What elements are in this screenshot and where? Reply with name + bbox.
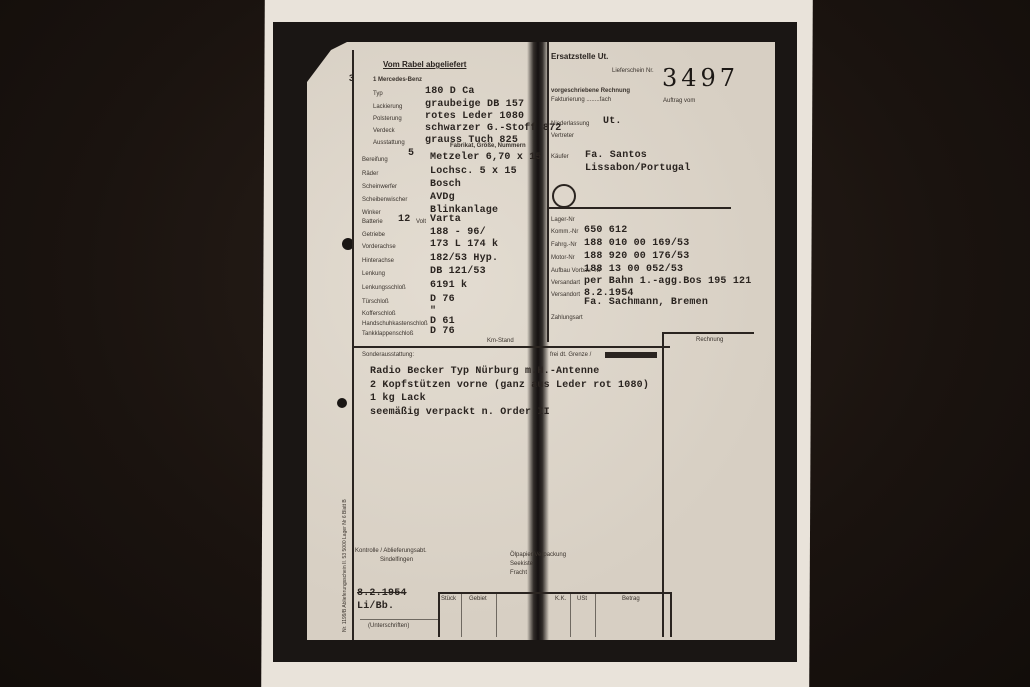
table-col [461, 594, 462, 637]
table-right [670, 592, 672, 637]
model-line: 1 Mercedes-Benz [373, 77, 422, 83]
field-label: Lackierung [373, 104, 402, 110]
field-value: AVDg [430, 192, 455, 203]
table-col [570, 594, 571, 637]
packaging-1: Ölpapier/Verpackung [510, 552, 566, 558]
field-label: Fahrg.-Nr [551, 242, 577, 248]
kaeufer-label: Käufer [551, 154, 569, 160]
field-label: Typ [373, 91, 383, 97]
km-stand: Km-Stand [487, 338, 514, 344]
col-stueck: Stück [441, 596, 456, 602]
fakturierung-label: Fakturierung ........fach [551, 97, 611, 103]
field-label: Zahlungsart [551, 315, 583, 321]
field-value: rotes Leder 1080 [425, 111, 524, 122]
field-label: Winker [362, 210, 381, 216]
field-value: Metzeler 6,70 x 15 [430, 152, 542, 163]
field-value: schwarzer G.-Stoff 872 [425, 123, 561, 134]
sonder-line: seemäßig verpackt n. Order II [370, 407, 550, 418]
right-heading: Ersatzstelle Ut. [551, 52, 608, 61]
field-label: Türschloß [362, 299, 389, 305]
field-label: Verdeck [373, 128, 395, 134]
tyre-header: Fabrikat, Größe, Nummern [450, 143, 526, 149]
field-value: DB 121/53 [430, 266, 486, 277]
field-label: Ausstattung [373, 140, 405, 146]
lieferschein-number: 3497 [662, 64, 739, 92]
field-label: Scheinwerfer [362, 184, 397, 190]
rechnung-top [662, 332, 754, 334]
packaging-3: Fracht [510, 570, 527, 576]
field-label: Lenkungsschloß [362, 285, 406, 291]
niederlassung-value: Ut. [603, 116, 622, 127]
field-value: 188 13 00 052/53 [584, 264, 683, 275]
field-value: Bosch [430, 179, 461, 190]
vertical-form-note: Nr. 1199/B Ablieferungsschein II. 53 500… [342, 499, 348, 632]
field-value: Fa. Sachmann, Bremen [584, 297, 708, 308]
rechnung-box-label: Rechnung [696, 337, 723, 343]
field-label: Polsterung [373, 116, 402, 122]
field-value: 188 010 00 169/53 [584, 238, 689, 249]
sonder-line: Radio Becker Typ Nürburg m.H.-Antenne [370, 366, 599, 377]
kontrolle-label: Kontrolle / Ablieferungsabt. [355, 548, 427, 554]
field-value: graubeige DB 157 [425, 99, 524, 110]
auftrag-label: Auftrag vom [663, 98, 695, 104]
field-value: 182/53 Hyp. [430, 253, 498, 264]
footer-date: 8.2.1954 [357, 588, 407, 599]
sonder-label: Sonderausstattung: [362, 352, 414, 358]
field-value: 188 920 00 176/53 [584, 251, 689, 262]
field-label: Getriebe [362, 232, 385, 238]
punch-hole [337, 398, 347, 408]
col-gebiet: Gebiet [469, 596, 487, 602]
field-value: 180 D Ca [425, 86, 475, 97]
volt-label: Volt [416, 219, 426, 225]
field-value: D 76 [430, 294, 455, 305]
field-label: Tankklappenschloß [362, 331, 413, 337]
field-label: Räder [362, 171, 378, 177]
field-label: Versandort [551, 292, 580, 298]
field-label: Vorderachse [362, 244, 396, 250]
field-value: 188 - 96/ [430, 227, 486, 238]
frei-label: frei dt. Grenze / [550, 352, 591, 358]
field-value: 6191 k [430, 280, 467, 291]
customer-divider [548, 207, 731, 209]
section-divider [352, 346, 670, 348]
col-ust: USt [577, 596, 587, 602]
table-col [496, 594, 497, 637]
field-value: 650 612 [584, 225, 627, 236]
signature-line [360, 619, 438, 620]
kaeufer-city: Lissabon/Portugal [585, 163, 690, 174]
packaging-2: Seekiste [510, 561, 533, 567]
location: Sindelfingen [380, 557, 413, 563]
field-label: Bereifung [362, 157, 388, 163]
kaeufer-name: Fa. Santos [585, 150, 647, 161]
center-divider [547, 42, 549, 342]
vertreter-label: Vertreter [551, 133, 574, 139]
field-value: Varta [430, 214, 461, 225]
sonder-line: 2 Kopfstützen vorne (ganz aus Leder rot … [370, 380, 649, 391]
rechnung-label: vorgeschriebene Rechnung [551, 88, 630, 94]
lieferschein-label: Lieferschein Nr. [612, 68, 654, 74]
redacted-block [605, 352, 657, 358]
field-label: Hinterachse [362, 258, 394, 264]
field-label: Komm.-Nr [551, 229, 578, 235]
tyre-count: 5 [408, 148, 414, 159]
field-label: Lenkung [362, 271, 385, 277]
battery-volt: 12 [398, 214, 410, 225]
signatures-label: (Unterschriften) [368, 623, 409, 629]
field-label: Versandart [551, 280, 580, 286]
field-value: per Bahn 1.-agg.Bos 195 121 [584, 276, 751, 287]
col-kk: K.K. [555, 596, 566, 602]
field-label: Lager-Nr [551, 217, 575, 223]
col-betrag: Betrag [622, 596, 640, 602]
left-heading: Vom Rabel abgeliefert [383, 60, 466, 69]
footer-initials: Li/Bb. [357, 601, 394, 612]
table-left [438, 592, 440, 637]
table-top [438, 592, 671, 594]
field-value: Lochsc. 5 x 15 [430, 166, 517, 177]
left-margin-line [352, 50, 354, 640]
field-label: Scheibenwischer [362, 197, 407, 203]
field-label: Motor-Nr [551, 255, 575, 261]
stamp-circle [552, 184, 576, 208]
page-number: 3 [349, 73, 354, 83]
field-value: D 76 [430, 326, 455, 337]
niederlassung-label: Niederlassung [551, 121, 589, 127]
field-label: Kofferschloß [362, 311, 396, 317]
sonder-line: 1 kg Lack [370, 393, 426, 404]
table-col [595, 594, 596, 637]
field-label: Batterie [362, 219, 383, 225]
field-label: Handschuhkastenschloß [362, 321, 428, 327]
field-value: 173 L 174 k [430, 239, 498, 250]
